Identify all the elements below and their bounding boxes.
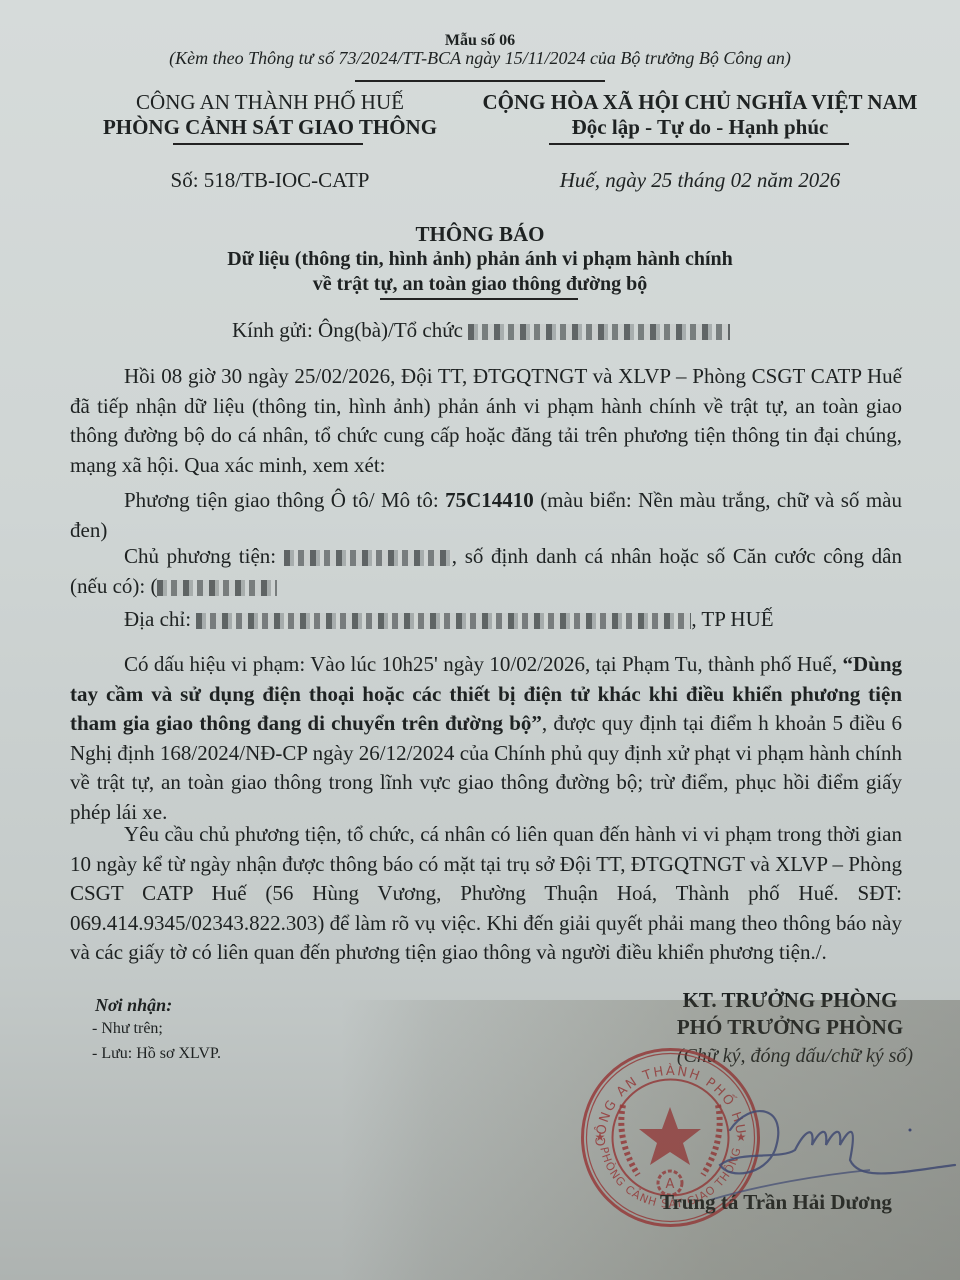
recipient-label: Kính gửi: Ông(bà)/Tổ chức — [232, 318, 463, 342]
svg-text:★: ★ — [595, 1130, 606, 1144]
signer-name: Trung tá Trần Hải Dương — [660, 1190, 892, 1215]
violation-time-place: Có dấu hiệu vi phạm: Vào lúc 10h25' ngày… — [124, 652, 842, 676]
plate-number: 75C14410 — [445, 488, 534, 512]
address-label: Địa chỉ: — [124, 607, 196, 631]
address-paragraph: Địa chỉ: , TP HUẾ — [70, 605, 902, 635]
motto-underline — [549, 143, 849, 145]
nation-motto: Độc lập - Tự do - Hạnh phúc — [455, 115, 945, 140]
document-title: THÔNG BÁO — [0, 222, 960, 247]
redacted-address — [196, 613, 691, 629]
signature-title: PHÓ TRƯỞNG PHÒNG — [600, 1015, 960, 1040]
organization-name: CÔNG AN THÀNH PHỐ HUẾ — [60, 90, 480, 115]
owner-paragraph: Chủ phương tiện: , số định danh cá nhân … — [70, 542, 902, 601]
redacted-recipient-name — [468, 324, 730, 340]
address-city: , TP HUẾ — [691, 607, 773, 631]
document-number: Số: 518/TB-IOC-CATP — [60, 168, 480, 193]
nation-title: CỘNG HÒA XÃ HỘI CHỦ NGHĨA VIỆT NAM — [455, 90, 945, 115]
handwritten-signature-icon — [700, 1090, 960, 1200]
place-date: Huế, ngày 25 tháng 02 năm 2026 — [455, 168, 945, 193]
notice-document: Mẫu số 06 (Kèm theo Thông tư số 73/2024/… — [0, 0, 960, 1280]
vehicle-paragraph: Phương tiện giao thông Ô tô/ Mô tô: 75C1… — [70, 486, 902, 545]
redacted-owner-id — [157, 580, 277, 596]
redacted-owner-name — [284, 550, 452, 566]
organization-underline — [173, 143, 363, 145]
recipient-line: Kính gửi: Ông(bà)/Tổ chức — [232, 318, 730, 343]
header-divider — [355, 80, 605, 82]
recipient-item: - Lưu: Hồ sơ XLVP. — [92, 1045, 221, 1063]
violation-paragraph: Có dấu hiệu vi phạm: Vào lúc 10h25' ngày… — [70, 650, 902, 827]
subtitle-underline — [380, 298, 578, 300]
recipient-item: - Như trên; — [92, 1020, 163, 1038]
vehicle-label: Phương tiện giao thông Ô tô/ Mô tô: — [124, 488, 445, 512]
document-subtitle-line2: về trật tự, an toàn giao thông đường bộ — [0, 273, 960, 296]
department-name: PHÒNG CẢNH SÁT GIAO THÔNG — [60, 115, 480, 140]
owner-label: Chủ phương tiện: — [124, 544, 284, 568]
request-paragraph: Yêu cầu chủ phương tiện, tổ chức, cá nhâ… — [70, 820, 902, 968]
intro-paragraph: Hồi 08 giờ 30 ngày 25/02/2026, Đội TT, Đ… — [70, 362, 902, 480]
signature-authority: KT. TRƯỞNG PHÒNG — [600, 988, 960, 1013]
intro-text: Hồi 08 giờ 30 ngày 25/02/2026, Đội TT, Đ… — [70, 362, 902, 480]
document-subtitle-line1: Dữ liệu (thông tin, hình ảnh) phản ánh v… — [0, 248, 960, 271]
attachment-note: (Kèm theo Thông tư số 73/2024/TT-BCA ngà… — [0, 48, 960, 69]
request-text: Yêu cầu chủ phương tiện, tổ chức, cá nhâ… — [70, 820, 902, 968]
recipients-label: Nơi nhận: — [95, 995, 172, 1016]
